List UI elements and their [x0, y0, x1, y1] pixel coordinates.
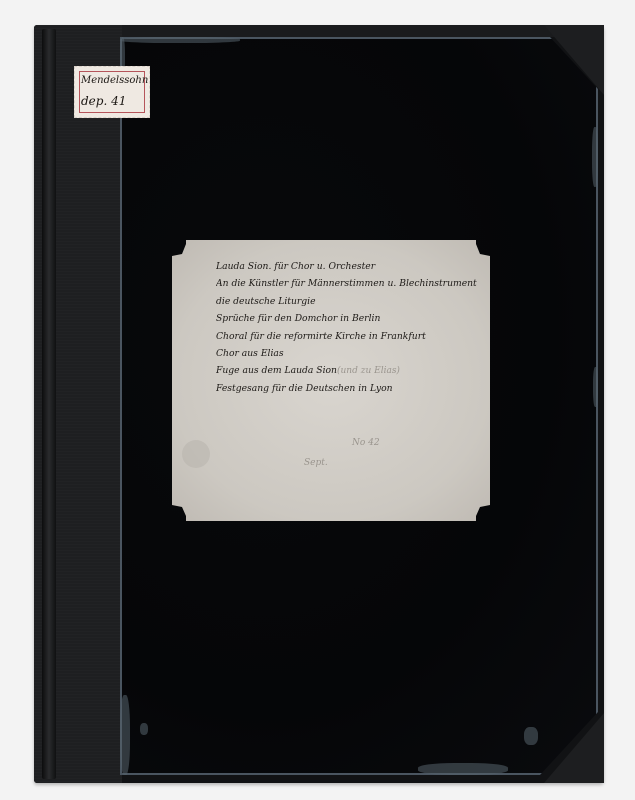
contents-entry: die deutsche Liturgie — [216, 293, 480, 310]
spine-ridge — [42, 29, 56, 779]
wear-mark — [592, 127, 598, 187]
wear-mark — [120, 695, 130, 775]
contents-entry: Festgesang für die Deutschen in Lyon — [216, 380, 480, 397]
wear-mark — [140, 723, 148, 735]
paper-stain — [182, 440, 210, 468]
contents-entry: Choral für die reformirte Kirche in Fran… — [216, 328, 480, 345]
wear-mark — [120, 37, 240, 43]
leather-spine — [34, 25, 122, 783]
shelf-mark-line1: Mendelssohn — [81, 75, 148, 86]
pencil-note: Sept. — [304, 458, 328, 468]
pencil-note: No 42 — [352, 438, 380, 448]
wear-mark — [524, 727, 538, 745]
contents-entry: An die Künstler für Männerstimmen u. Ble… — [216, 275, 480, 292]
wear-mark — [418, 763, 508, 775]
contents-label: Lauda Sion. für Chor u. Orchester An die… — [172, 240, 490, 521]
shelf-mark-label: Mendelssohn dep. 41 — [74, 66, 150, 118]
shelf-mark-line2: dep. 41 — [81, 94, 126, 108]
contents-entry: Lauda Sion. für Chor u. Orchester — [216, 258, 480, 275]
contents-entry: Sprüche für den Domchor in Berlin — [216, 310, 480, 327]
pencil-note: (und zu Elias) — [337, 366, 400, 376]
contents-entry: Chor aus Elias — [216, 345, 480, 362]
contents-list: Lauda Sion. für Chor u. Orchester An die… — [216, 258, 480, 397]
wear-mark — [593, 367, 598, 407]
